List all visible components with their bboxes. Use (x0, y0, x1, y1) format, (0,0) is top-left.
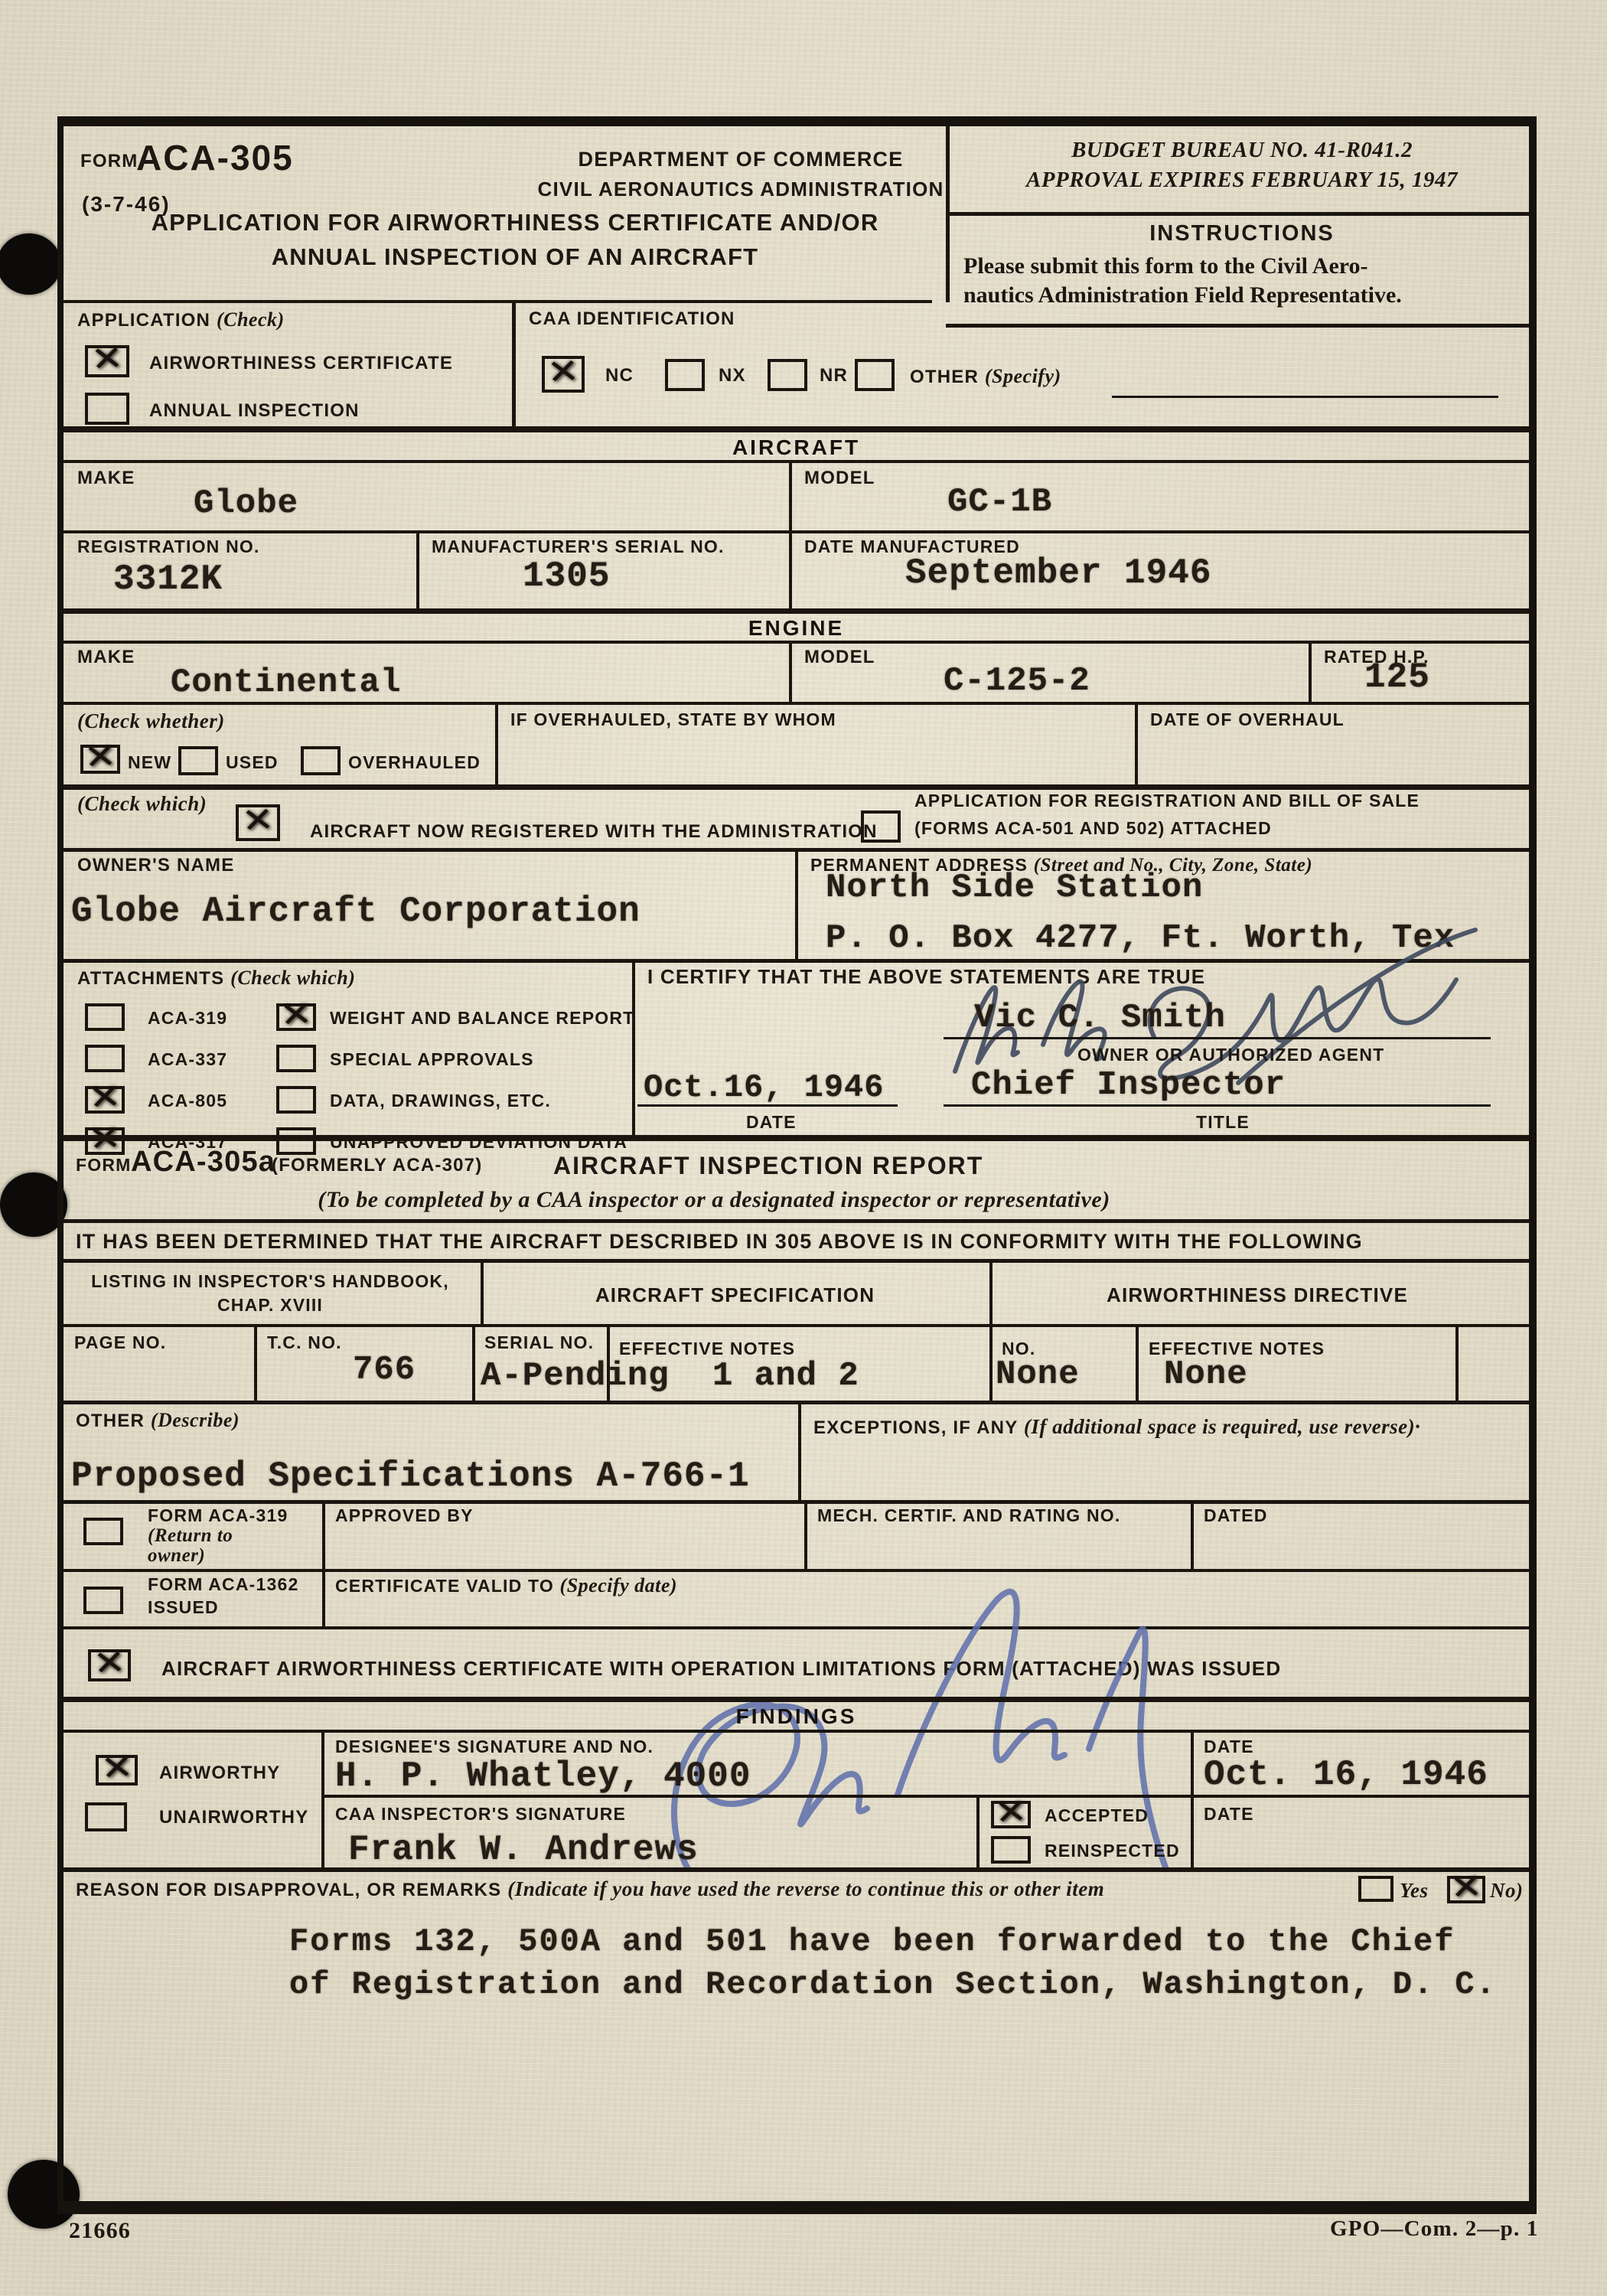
instructions-bottom-line (946, 324, 1529, 328)
aircraft-make-label: MAKE (77, 468, 135, 489)
data-drawings-label: DATA, DRAWINGS, ETC. (330, 1091, 551, 1111)
form-aca-1362-label: FORM ACA-1362 (148, 1574, 299, 1595)
certify-date-line (637, 1104, 898, 1107)
remarks-yes-label: Yes (1400, 1879, 1429, 1903)
effective-notes-value: 1 and 2 (712, 1357, 859, 1395)
table-header-divider (64, 1324, 1529, 1327)
effective-notes-label: EFFECTIVE NOTES (619, 1339, 795, 1359)
aircraft-section-topline (64, 426, 1529, 432)
aca319-dated-divider (1191, 1500, 1194, 1569)
designee-signature-label: DESIGNEE'S SIGNATURE AND NO. (335, 1737, 654, 1757)
findings-checkbox-divider (321, 1730, 324, 1867)
aca-337-checkbox[interactable] (85, 1045, 125, 1072)
remarks-body-line1: Forms 132, 500A and 501 have been forwar… (289, 1923, 1455, 1960)
engine-used-checkbox[interactable] (178, 746, 218, 775)
inspection-report-topline (64, 1135, 1529, 1141)
nc-label: NC (605, 365, 634, 386)
punch-hole-top (0, 233, 61, 295)
spec-directive-divider (989, 1259, 993, 1401)
aca-319-checkbox[interactable] (85, 1003, 125, 1031)
weight-balance-label: WEIGHT AND BALANCE REPORT (330, 1008, 634, 1029)
address-line1-value: North Side Station (826, 869, 1203, 907)
engine-overhauled-label: OVERHAULED (348, 752, 481, 773)
serial-no-value: 1305 (523, 556, 610, 596)
airworthy-checkbox[interactable] (96, 1755, 138, 1786)
directive-notes-value: None (1164, 1355, 1248, 1394)
registration-status-topline (64, 784, 1529, 790)
exceptions-label: EXCEPTIONS, IF ANY (If additional space … (813, 1409, 1502, 1445)
form-aca-319-checkbox[interactable] (83, 1518, 123, 1545)
other-describe-label: OTHER (Describe) (76, 1409, 240, 1432)
serial-value: A-Pending (481, 1357, 670, 1395)
inspector-date-label: DATE (1204, 1804, 1254, 1825)
findings-date-divider (1191, 1730, 1194, 1867)
reinspected-label: REINSPECTED (1045, 1841, 1180, 1861)
certify-title-label: TITLE (1196, 1112, 1250, 1133)
findings-underline (64, 1730, 1529, 1733)
nx-checkbox[interactable] (665, 359, 705, 391)
other-row-topline (64, 1401, 1529, 1404)
engine-row-divider (64, 702, 1529, 705)
instructions-line1: Please submit this form to the Civil Aer… (963, 253, 1545, 279)
serial-date-divider (789, 530, 792, 608)
findings-section-title: FINDINGS (64, 1704, 1529, 1729)
engine-make-value: Continental (171, 664, 401, 702)
instructions-body: Please submit this form to the Civil Aer… (963, 253, 1545, 308)
owner-name-label: OWNER'S NAME (77, 855, 234, 876)
footer-gpo: GPO—Com. 2—p. 1 (1330, 2216, 1539, 2242)
aircraft-section-title: AIRCRAFT (64, 435, 1529, 460)
owner-signature-line (944, 1037, 1491, 1039)
listing-header: LISTING IN INSPECTOR'S HANDBOOK, CHAP. X… (64, 1271, 477, 1316)
nc-checkbox[interactable] (542, 356, 585, 393)
aca-805-label: ACA-805 (148, 1091, 227, 1111)
remarks-no-label: No) (1490, 1879, 1524, 1903)
agency-line1: DEPARTMENT OF COMMERCE (523, 148, 959, 171)
aircraft-make-value: Globe (194, 484, 298, 523)
airworthiness-certificate-checkbox[interactable] (85, 345, 129, 377)
application-caa-divider (512, 300, 516, 426)
form-number-prefix: FORM (80, 151, 138, 172)
directive-no-value: None (996, 1355, 1080, 1394)
special-approvals-checkbox[interactable] (276, 1045, 316, 1072)
designee-date-label: DATE (1204, 1737, 1254, 1757)
form-aca-319-return1: (Return to (148, 1525, 233, 1547)
remarks-body-line2: of Registration and Recordation Section,… (289, 1966, 1497, 2003)
determination-statement: IT HAS BEEN DETERMINED THAT THE AIRCRAFT… (76, 1230, 1363, 1254)
accepted-checkbox[interactable] (991, 1801, 1031, 1828)
aircraft-model-value: GC-1B (947, 483, 1052, 521)
engine-make-label: MAKE (77, 647, 135, 668)
tc-serial-divider (472, 1324, 475, 1401)
caa-inspector-label: CAA INSPECTOR'S SIGNATURE (335, 1804, 626, 1825)
subtitle-underline (64, 1219, 1529, 1223)
annual-inspection-label: ANNUAL INSPECTION (149, 400, 360, 422)
date-manufactured-value: September 1946 (905, 553, 1211, 593)
registered-label: AIRCRAFT NOW REGISTERED WITH THE ADMINIS… (310, 821, 878, 843)
form-aca-319-label: FORM ACA-319 (148, 1505, 288, 1526)
owner-name-value: Globe Aircraft Corporation (71, 892, 641, 931)
attachments-label: ATTACHMENTS (Check which) (77, 967, 355, 990)
form-title-block: APPLICATION FOR AIRWORTHINESS CERTIFICAT… (109, 209, 921, 271)
engine-used-label: USED (226, 752, 279, 773)
aircraft-section-underline (64, 460, 1529, 463)
registration-no-label: REGISTRATION NO. (77, 536, 260, 557)
findings-row-divider (321, 1795, 1529, 1798)
caa-inspector-typed: Frank W. Andrews (348, 1830, 699, 1870)
application-attached-checkbox[interactable] (861, 810, 901, 843)
engine-model-label: MODEL (804, 647, 875, 668)
footer-print-code: 21666 (69, 2218, 131, 2244)
remarks-no-checkbox[interactable] (1447, 1876, 1485, 1903)
check-whether-label: (Check whether) (77, 709, 225, 733)
agency-line2: CIVIL AERONAUTICS ADMINISTRATION (523, 178, 959, 201)
attachments-certify-divider (632, 959, 635, 1135)
rated-hp-value: 125 (1364, 657, 1430, 697)
other-value: Proposed Specifications A-766-1 (71, 1456, 750, 1496)
aca-317-checkbox[interactable] (85, 1127, 125, 1155)
engine-new-label: NEW (128, 752, 171, 773)
registration-serial-divider (416, 530, 419, 608)
nr-checkbox[interactable] (768, 359, 807, 391)
spec-header: AIRCRAFT SPECIFICATION (481, 1283, 989, 1307)
certify-date-value: Oct.16, 1946 (644, 1069, 884, 1106)
form-aca-319-return2: owner) (148, 1545, 205, 1567)
reinspected-checkbox[interactable] (991, 1836, 1031, 1864)
application-attached-line1: APPLICATION FOR REGISTRATION AND BILL OF… (914, 791, 1420, 811)
cert-issued-checkbox[interactable] (88, 1649, 131, 1681)
accepted-divider (976, 1798, 980, 1867)
overhaul-by-label: IF OVERHAULED, STATE BY WHOM (510, 709, 836, 730)
header-bottom-line (64, 300, 932, 303)
engine-section-title: ENGINE (64, 616, 1529, 641)
agency-block: DEPARTMENT OF COMMERCE CIVIL AERONAUTICS… (523, 148, 959, 201)
registered-checkbox[interactable] (236, 804, 280, 841)
application-attached-line2: (FORMS ACA-501 AND 502) ATTACHED (914, 818, 1272, 839)
budget-line2: APPROVAL EXPIRES FEBRUARY 15, 1947 (959, 168, 1525, 193)
check-which-label: (Check which) (77, 792, 207, 816)
determination-underline (64, 1259, 1529, 1263)
aca319-mech-divider (804, 1500, 807, 1569)
other-exceptions-divider (798, 1401, 801, 1500)
registration-no-value: 3312K (113, 559, 223, 599)
unapproved-deviation-checkbox[interactable] (276, 1127, 316, 1155)
findings-topline (64, 1697, 1529, 1702)
page-tc-divider (254, 1324, 257, 1401)
unairworthy-label: UNAIRWORTHY (159, 1807, 308, 1828)
designee-signature-typed: H. P. Whatley, 4000 (335, 1756, 751, 1796)
aca-805-checkbox[interactable] (85, 1086, 125, 1114)
overhaul-date-divider (1135, 702, 1138, 784)
aircraft-row-divider (64, 530, 1529, 533)
weight-balance-checkbox[interactable] (276, 1003, 316, 1031)
aircraft-model-label: MODEL (804, 468, 875, 489)
tc-no-label: T.C. NO. (267, 1332, 342, 1353)
dated-label: DATED (1204, 1505, 1268, 1526)
305a-formerly: (FORMERLY ACA-307) (272, 1155, 482, 1176)
nr-label: NR (820, 365, 848, 386)
overhaul-by-divider (495, 702, 498, 784)
engine-make-model-divider (789, 641, 792, 702)
unairworthy-checkbox[interactable] (85, 1802, 127, 1831)
mech-certif-label: MECH. CERTIF. AND RATING NO. (817, 1505, 1120, 1526)
engine-overhauled-checkbox[interactable] (301, 746, 341, 775)
annual-inspection-checkbox[interactable] (85, 393, 129, 425)
instructions-title: INSTRUCTIONS (959, 221, 1525, 246)
overhaul-date-label: DATE OF OVERHAUL (1150, 709, 1345, 730)
caa-identification-label: CAA IDENTIFICATION (529, 308, 735, 330)
designee-date-value: Oct. 16, 1946 (1204, 1755, 1488, 1795)
aircraft-make-model-divider (789, 460, 792, 530)
approved-by-label: APPROVED BY (335, 1505, 474, 1526)
form-aca-1362-issued: ISSUED (148, 1597, 219, 1618)
remarks-topline (64, 1867, 1529, 1872)
other-checkbox[interactable] (855, 359, 895, 391)
remarks-yes-checkbox[interactable] (1358, 1876, 1393, 1902)
serial-label: SERIAL NO. (484, 1332, 594, 1353)
aca-319-label: ACA-319 (148, 1008, 227, 1029)
budget-block: BUDGET BUREAU NO. 41-R041.2 APPROVAL EXP… (959, 138, 1525, 193)
aca319-approved-divider (322, 1500, 325, 1569)
aca-337-label: ACA-337 (148, 1049, 227, 1070)
aca1362-valid-divider (322, 1569, 325, 1626)
form-aca-305: FORM ACA-305 (3-7-46) DEPARTMENT OF COMM… (57, 116, 1537, 2214)
remarks-label: REASON FOR DISAPPROVAL, OR REMARKS (Indi… (76, 1877, 1104, 1901)
special-approvals-label: SPECIAL APPROVALS (330, 1049, 534, 1070)
other-label: OTHER (Specify) (910, 365, 1061, 388)
inspection-report-title: AIRCRAFT INSPECTION REPORT (553, 1152, 983, 1180)
budget-instructions-divider (946, 212, 1529, 216)
engine-hp-divider (1309, 641, 1312, 702)
tc-no-value: 766 (353, 1351, 416, 1389)
engine-new-checkbox[interactable] (80, 745, 120, 774)
directive-header: AIRWORTHINESS DIRECTIVE (989, 1283, 1525, 1307)
airworthiness-certificate-label: AIRWORTHINESS CERTIFICATE (149, 353, 453, 374)
inspection-report-subtitle: (To be completed by a CAA inspector or a… (140, 1187, 1288, 1213)
directive-notes-divider (1136, 1324, 1139, 1401)
owner-signature-typed: Vic C. Smith (974, 999, 1226, 1037)
data-drawings-checkbox[interactable] (276, 1086, 316, 1114)
form-number: ACA-305 (136, 137, 294, 178)
other-specify-line (1112, 396, 1498, 398)
accepted-label: ACCEPTED (1045, 1805, 1149, 1826)
page-no-label: PAGE NO. (74, 1332, 166, 1353)
directive-end-divider (1455, 1324, 1459, 1401)
305a-form-prefix: FORM (76, 1155, 132, 1176)
certify-title-line (944, 1104, 1491, 1107)
engine-section-topline (64, 608, 1529, 614)
aca319-row-topline (64, 1500, 1529, 1504)
instructions-block: INSTRUCTIONS (959, 221, 1525, 246)
owner-address-divider (795, 848, 798, 959)
305a-form-number: ACA-305a (131, 1146, 275, 1179)
form-title-line1: APPLICATION FOR AIRWORTHINESS CERTIFICAT… (109, 209, 921, 236)
certify-title-value: Chief Inspector (971, 1066, 1286, 1104)
application-label: APPLICATION (Check) (77, 308, 285, 331)
budget-line1: BUDGET BUREAU NO. 41-R041.2 (959, 138, 1525, 163)
serial-no-label: MANUFACTURER'S SERIAL NO. (432, 536, 725, 557)
owner-agent-label: OWNER OR AUTHORIZED AGENT (1077, 1045, 1384, 1065)
airworthy-label: AIRWORTHY (159, 1763, 280, 1784)
instructions-line2: nautics Administration Field Representat… (963, 282, 1545, 308)
form-title-line2: ANNUAL INSPECTION OF AN AIRCRAFT (109, 243, 921, 271)
engine-model-value: C-125-2 (944, 662, 1090, 700)
form-aca-1362-checkbox[interactable] (83, 1587, 123, 1614)
nx-label: NX (719, 365, 746, 386)
certify-date-label: DATE (746, 1112, 797, 1133)
